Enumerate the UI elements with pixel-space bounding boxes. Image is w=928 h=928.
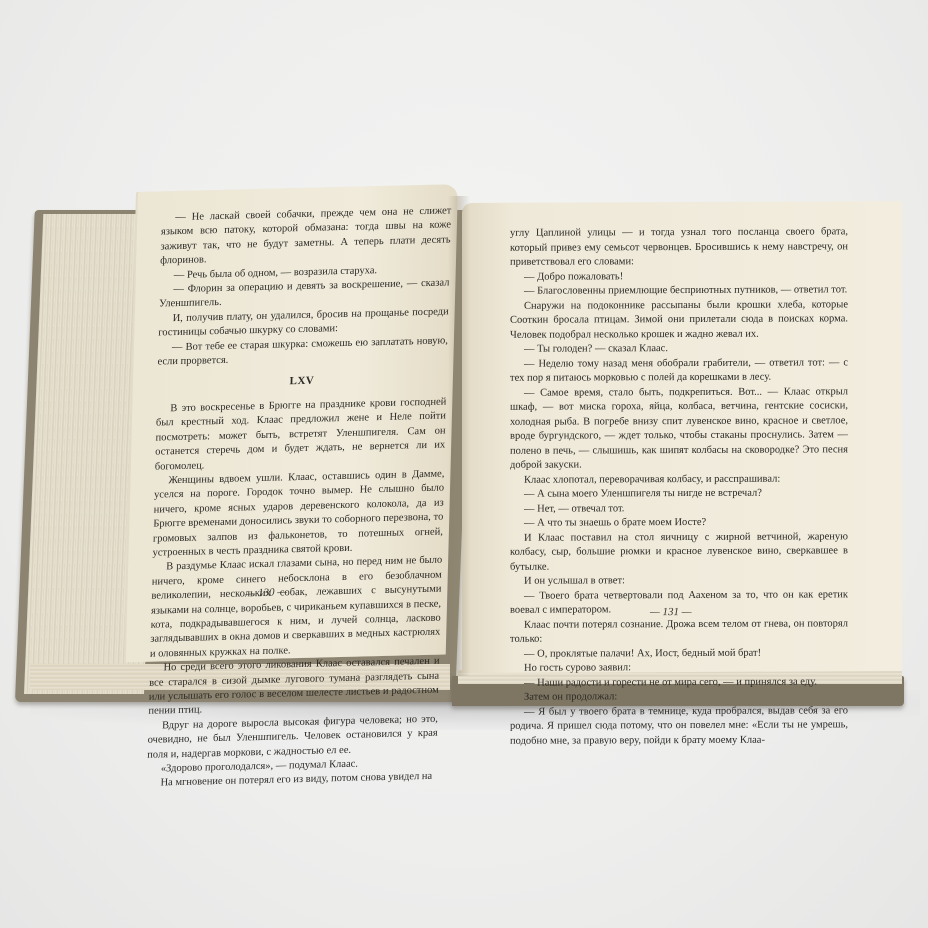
paragraph: — Нет, — отвечал тот. xyxy=(510,501,848,517)
paragraph: — Ты голоден? — сказал Клаас. xyxy=(510,341,848,357)
paragraph: В раздумье Клаас искал глазами сына, но … xyxy=(150,554,443,662)
paragraph: Но гость сурово заявил: xyxy=(510,660,848,676)
page-number-right: — 131 — xyxy=(650,606,692,618)
paragraph: Затем он продолжал: xyxy=(510,689,848,705)
book-gutter xyxy=(448,196,470,676)
paragraph: — Самое время, стало быть, подкрепиться.… xyxy=(510,385,848,473)
paragraph: — А сына моего Уленшпигеля ты нигде не в… xyxy=(510,486,848,502)
paragraph: Клаас хлопотал, переворачивая колбасу, и… xyxy=(510,472,848,488)
paragraph: И Клаас поставил на стол яичницу с жирно… xyxy=(510,530,848,575)
paragraph: Вдруг на дороге выросла высокая фигура ч… xyxy=(147,712,438,762)
paragraph: — Неделю тому назад меня обобрали грабит… xyxy=(510,356,848,386)
page-number-left: — 130 — xyxy=(245,586,287,600)
paragraph: Но среди всего этого ликования Клаас ост… xyxy=(148,655,440,720)
right-page-text: углу Цаплиной улицы — и тогда узнал того… xyxy=(510,225,848,748)
paragraph: — Добро пожаловать! xyxy=(510,269,848,285)
paragraph: — А что ты знаешь о брате моем Иосте? xyxy=(510,515,848,531)
paragraph: Женщины вдвоем ушли. Клаас, оставшись од… xyxy=(152,467,444,561)
paragraph: — Благословенны приемлющие бесприютных п… xyxy=(510,283,848,299)
paragraph: Клаас почти потерял сознание. Дрожа всем… xyxy=(510,617,848,647)
paragraph: — Вот тебе ее старая шкурка: сможешь ею … xyxy=(157,334,448,370)
paragraph: — Наши радости и горести не от мира сего… xyxy=(510,675,848,691)
right-page: углу Цаплиной улицы — и тогда узнал того… xyxy=(462,201,902,673)
chapter-heading: LXV xyxy=(157,371,447,393)
paragraph: — Не ласкай своей собачки, прежде чем он… xyxy=(160,204,452,269)
paragraph: В это воскресенье в Брюгге на празднике … xyxy=(155,395,447,474)
paragraph: И он услышал в ответ: xyxy=(510,573,848,589)
paragraph: — Я был у твоего брата в темнице, куда п… xyxy=(510,704,848,749)
paragraph: — О, проклятые палачи! Ах, Иост, бедный … xyxy=(510,646,848,662)
left-page-text: — Не ласкай своей собачки, прежде чем он… xyxy=(146,204,451,791)
left-page: — Не ласкай своей собачки, прежде чем он… xyxy=(126,184,458,662)
paragraph: углу Цаплиной улицы — и тогда узнал того… xyxy=(510,225,848,270)
paragraph: Снаружи на подоконнике рассыпаны были кр… xyxy=(510,298,848,343)
